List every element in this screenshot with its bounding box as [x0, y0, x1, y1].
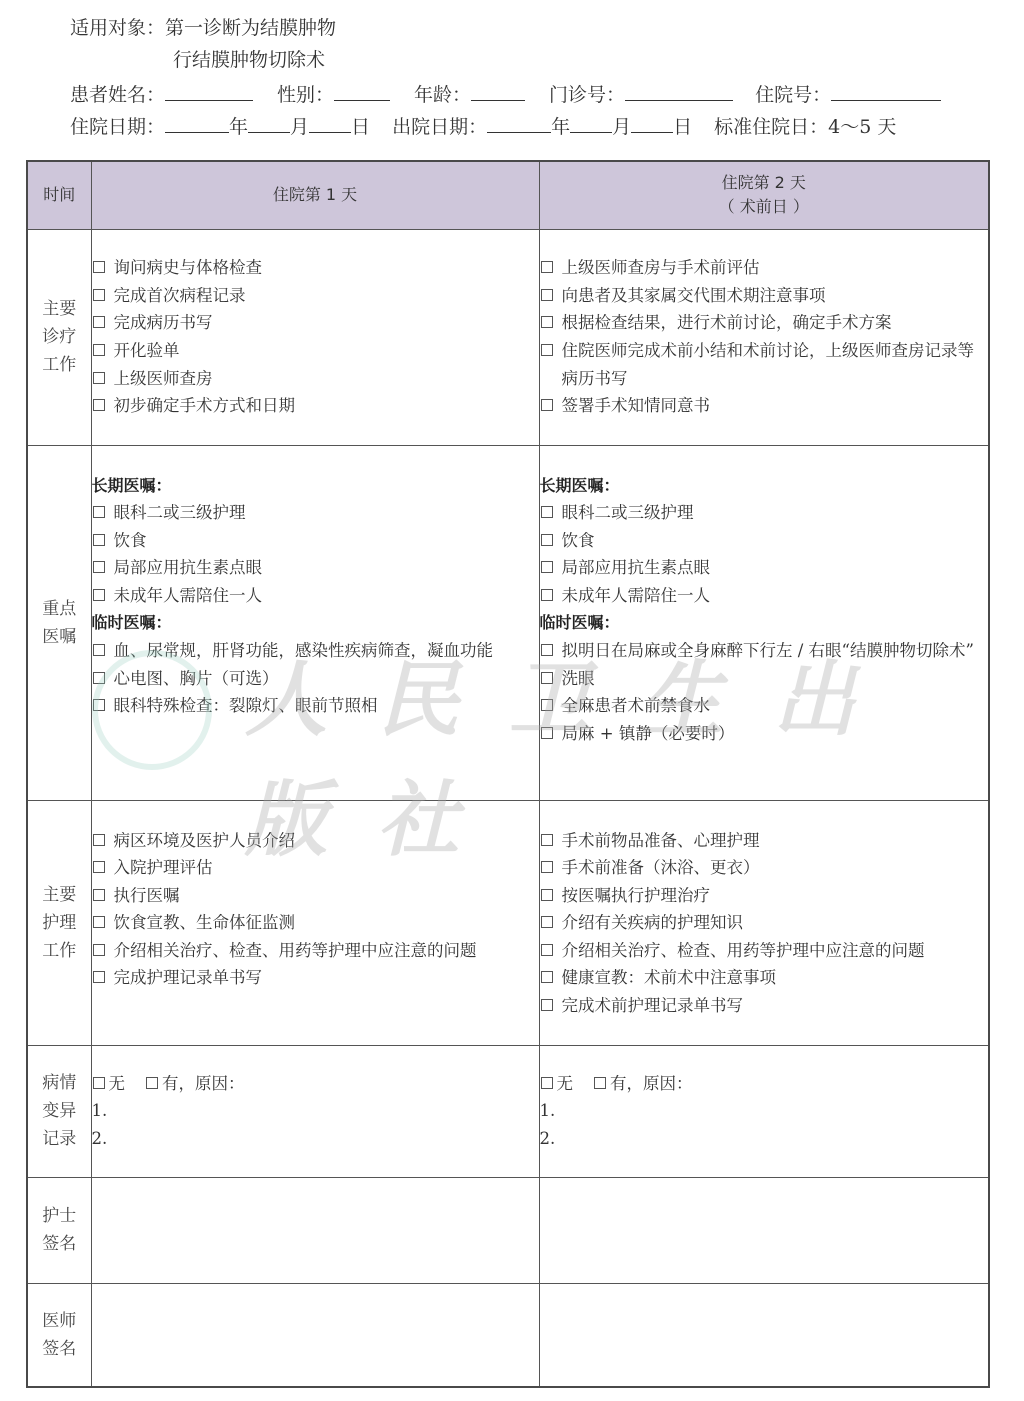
checkbox-yes[interactable] [146, 1077, 158, 1089]
long-term-orders-heading: 长期医嘱： [540, 472, 989, 500]
checklist-item[interactable]: 饮食 [540, 527, 989, 555]
checkbox-none[interactable] [93, 1077, 105, 1089]
checkbox-icon[interactable] [541, 727, 553, 739]
discharge-month-field[interactable] [570, 114, 612, 133]
checkbox-yes[interactable] [594, 1077, 606, 1089]
doctor-signature-day1[interactable] [91, 1283, 539, 1387]
row-label-doctor-signature: 医师签名 [27, 1283, 91, 1387]
nursing-work-day1: 病区环境及医护人员介绍 入院护理评估 执行医嘱 饮食宣教、生命体征监测 介绍相关… [91, 800, 539, 1045]
admission-month-field[interactable] [248, 114, 290, 133]
key-orders-day2: 长期医嘱： 眼科二或三级护理 饮食 局部应用抗生素点眼 未成年人需陪住一人 临时… [539, 445, 989, 800]
year-label: 年 [229, 116, 248, 138]
checkbox-icon[interactable] [541, 861, 553, 873]
checklist-item[interactable]: 介绍相关治疗、检查、用药等护理中应注意的问题 [92, 937, 539, 965]
nurse-signature-day2[interactable] [539, 1177, 989, 1283]
checkbox-icon[interactable] [541, 261, 553, 273]
checkbox-icon[interactable] [93, 506, 105, 518]
diagnosis-work-day2: 上级医师查房与手术前评估 向患者及其家属交代围术期注意事项 根据检查结果，进行术… [539, 229, 989, 445]
month-label: 月 [290, 116, 309, 138]
dates-row: 住院日期：年月日出院日期：年月日标准住院日：4～5 天 [70, 114, 896, 139]
checklist-item[interactable]: 局麻 + 镇静（必要时） [540, 720, 989, 748]
admission-date-label: 住院日期： [70, 116, 165, 138]
checklist-item[interactable]: 向患者及其家属交代围术期注意事项 [540, 282, 989, 310]
checkbox-icon[interactable] [93, 261, 105, 273]
inpatient-no-field[interactable] [831, 82, 941, 101]
gender-field[interactable] [334, 82, 390, 101]
checklist-item[interactable]: 手术前物品准备、心理护理 [540, 827, 989, 855]
checklist-item[interactable]: 按医嘱执行护理治疗 [540, 882, 989, 910]
checkbox-none[interactable] [541, 1077, 553, 1089]
checklist-item[interactable]: 完成病历书写 [92, 309, 539, 337]
clinical-pathway-table: 时间 住院第 1 天 住院第 2 天 （ 术前日 ） 主要诊疗工作 询问病史与体… [26, 160, 990, 1388]
applicable-label: 适用对象： [70, 17, 165, 39]
checkbox-icon[interactable] [541, 589, 553, 601]
checkbox-icon[interactable] [541, 534, 553, 546]
checkbox-icon[interactable] [541, 944, 553, 956]
variation-reason-1[interactable]: 1. [540, 1097, 989, 1125]
standard-stay-value: 4～5 天 [828, 116, 896, 138]
column-header-day1: 住院第 1 天 [91, 161, 539, 229]
checklist-item[interactable]: 完成术前护理记录单书写 [540, 992, 989, 1020]
applicable-diagnosis: 第一诊断为结膜肿物 [165, 17, 336, 39]
applicable-line-2: 行结膜肿物切除术 [173, 48, 325, 72]
inpatient-no-label: 住院号： [755, 84, 831, 106]
row-label-nursing-work: 主要护理工作 [27, 800, 91, 1045]
checklist-item[interactable]: 局部应用抗生素点眼 [92, 554, 539, 582]
variation-day2: 无 有，原因： 1. 2. [539, 1045, 989, 1177]
checkbox-icon[interactable] [93, 316, 105, 328]
month-label: 月 [612, 116, 631, 138]
checkbox-icon[interactable] [93, 889, 105, 901]
checkbox-icon[interactable] [93, 861, 105, 873]
checkbox-icon[interactable] [93, 971, 105, 983]
checkbox-icon[interactable] [541, 644, 553, 656]
checkbox-icon[interactable] [93, 916, 105, 928]
checklist-item[interactable]: 未成年人需陪住一人 [92, 582, 539, 610]
day2-title: 住院第 2 天 [540, 171, 989, 195]
checklist-item[interactable]: 血、尿常规，肝肾功能，感染性疾病筛查，凝血功能 [92, 637, 539, 665]
variation-reason-2[interactable]: 2. [540, 1125, 989, 1153]
patient-info-row: 患者姓名：性别：年龄：门诊号：住院号： [70, 82, 941, 107]
patient-name-field[interactable] [165, 82, 253, 101]
row-diagnosis-work: 主要诊疗工作 询问病史与体格检查 完成首次病程记录 完成病历书写 开化验单 上级… [27, 229, 989, 445]
variation-options: 无 有，原因： [540, 1070, 989, 1098]
checklist-item[interactable]: 上级医师查房与手术前评估 [540, 254, 989, 282]
variation-day1: 无 有，原因： 1. 2. [91, 1045, 539, 1177]
year-label: 年 [551, 116, 570, 138]
checklist-item[interactable]: 洗眼 [540, 665, 989, 693]
doctor-signature-day2[interactable] [539, 1283, 989, 1387]
row-label-nurse-signature: 护士签名 [27, 1177, 91, 1283]
discharge-date-label: 出院日期： [392, 116, 487, 138]
checklist-item[interactable]: 健康宣教：术前术中注意事项 [540, 964, 989, 992]
checkbox-icon[interactable] [541, 834, 553, 846]
checklist-item[interactable]: 介绍有关疾病的护理知识 [540, 909, 989, 937]
nursing-work-day2: 手术前物品准备、心理护理 手术前准备（沐浴、更衣） 按医嘱执行护理治疗 介绍有关… [539, 800, 989, 1045]
checklist-item[interactable]: 饮食 [92, 527, 539, 555]
checkbox-icon[interactable] [93, 344, 105, 356]
checklist-item[interactable]: 眼科二或三级护理 [540, 499, 989, 527]
checkbox-icon[interactable] [541, 316, 553, 328]
checkbox-icon[interactable] [541, 672, 553, 684]
variation-reason-2[interactable]: 2. [92, 1125, 539, 1153]
row-nursing-work: 主要护理工作 病区环境及医护人员介绍 入院护理评估 执行医嘱 饮食宣教、生命体征… [27, 800, 989, 1045]
checklist-item[interactable]: 心电图、胸片（可选） [92, 665, 539, 693]
row-label-key-orders: 重点医嘱 [27, 445, 91, 800]
admission-year-field[interactable] [165, 114, 229, 133]
nurse-signature-day1[interactable] [91, 1177, 539, 1283]
table-header-row: 时间 住院第 1 天 住院第 2 天 （ 术前日 ） [27, 161, 989, 229]
checkbox-icon[interactable] [541, 344, 553, 356]
row-label-variation: 病情变异记录 [27, 1045, 91, 1177]
column-header-time: 时间 [27, 161, 91, 229]
checkbox-icon[interactable] [93, 399, 105, 411]
checkbox-icon[interactable] [93, 834, 105, 846]
checkbox-icon[interactable] [93, 699, 105, 711]
discharge-year-field[interactable] [487, 114, 551, 133]
checklist-item[interactable]: 初步确定手术方式和日期 [92, 392, 539, 420]
checklist-item[interactable]: 完成首次病程记录 [92, 282, 539, 310]
column-header-day2: 住院第 2 天 （ 术前日 ） [539, 161, 989, 229]
checkbox-icon[interactable] [93, 534, 105, 546]
age-field[interactable] [471, 82, 525, 101]
applicable-line-1: 适用对象：第一诊断为结膜肿物 [70, 16, 336, 40]
checklist-item[interactable]: 执行医嘱 [92, 882, 539, 910]
checkbox-icon[interactable] [93, 372, 105, 384]
checklist-item[interactable]: 病区环境及医护人员介绍 [92, 827, 539, 855]
checklist-item[interactable]: 入院护理评估 [92, 854, 539, 882]
row-key-orders: 重点医嘱 长期医嘱： 眼科二或三级护理 饮食 局部应用抗生素点眼 未成年人需陪住… [27, 445, 989, 800]
checkbox-icon[interactable] [541, 889, 553, 901]
checklist-item[interactable]: 住院医师完成术前小结和术前讨论，上级医师查房记录等病历书写 [540, 337, 989, 392]
checkbox-icon[interactable] [93, 672, 105, 684]
key-orders-day1: 长期医嘱： 眼科二或三级护理 饮食 局部应用抗生素点眼 未成年人需陪住一人 临时… [91, 445, 539, 800]
outpatient-no-label: 门诊号： [549, 84, 625, 106]
long-term-orders-heading: 长期医嘱： [92, 472, 539, 500]
checkbox-icon[interactable] [541, 289, 553, 301]
checklist-item[interactable]: 上级医师查房 [92, 365, 539, 393]
discharge-day-field[interactable] [631, 114, 673, 133]
checklist-item[interactable]: 拟明日在局麻或全身麻醉下行左 / 右眼“结膜肿物切除术” [540, 637, 989, 665]
applicable-procedure: 行结膜肿物切除术 [173, 49, 325, 71]
checkbox-icon[interactable] [93, 644, 105, 656]
checklist-item[interactable]: 介绍相关治疗、检查、用药等护理中应注意的问题 [540, 937, 989, 965]
checklist-item[interactable]: 签署手术知情同意书 [540, 392, 989, 420]
patient-name-label: 患者姓名： [70, 84, 165, 106]
checkbox-icon[interactable] [541, 399, 553, 411]
variation-options: 无 有，原因： [92, 1070, 539, 1098]
checkbox-icon[interactable] [93, 589, 105, 601]
checkbox-icon[interactable] [541, 916, 553, 928]
checklist-item[interactable]: 完成护理记录单书写 [92, 964, 539, 992]
checklist-item[interactable]: 询问病史与体格检查 [92, 254, 539, 282]
checkbox-icon[interactable] [93, 561, 105, 573]
checkbox-icon[interactable] [541, 699, 553, 711]
day-label: 日 [673, 116, 692, 138]
row-nurse-signature: 护士签名 [27, 1177, 989, 1283]
diagnosis-work-day1: 询问病史与体格检查 完成首次病程记录 完成病历书写 开化验单 上级医师查房 初步… [91, 229, 539, 445]
checkbox-icon[interactable] [541, 999, 553, 1011]
temporary-orders-heading: 临时医嘱： [540, 609, 989, 637]
temporary-orders-heading: 临时医嘱： [92, 609, 539, 637]
age-label: 年龄： [414, 84, 471, 106]
checkbox-icon[interactable] [93, 289, 105, 301]
checklist-item[interactable]: 手术前准备（沐浴、更衣） [540, 854, 989, 882]
checklist-item[interactable]: 全麻患者术前禁食水 [540, 692, 989, 720]
day2-subtitle: （ 术前日 ） [540, 195, 989, 219]
checklist-item[interactable]: 局部应用抗生素点眼 [540, 554, 989, 582]
checkbox-icon[interactable] [541, 506, 553, 518]
admission-day-field[interactable] [309, 114, 351, 133]
checkbox-icon[interactable] [93, 944, 105, 956]
checklist-item[interactable]: 眼科二或三级护理 [92, 499, 539, 527]
checklist-item[interactable]: 眼科特殊检查：裂隙灯、眼前节照相 [92, 692, 539, 720]
standard-stay-label: 标准住院日： [714, 116, 828, 138]
outpatient-no-field[interactable] [625, 82, 733, 101]
checklist-item[interactable]: 饮食宣教、生命体征监测 [92, 909, 539, 937]
checkbox-icon[interactable] [541, 971, 553, 983]
checklist-item[interactable]: 开化验单 [92, 337, 539, 365]
checklist-item[interactable]: 未成年人需陪住一人 [540, 582, 989, 610]
day-label: 日 [351, 116, 370, 138]
checkbox-icon[interactable] [541, 561, 553, 573]
row-variation-record: 病情变异记录 无 有，原因： 1. 2. 无 有，原因： 1. 2. [27, 1045, 989, 1177]
row-label-diagnosis-work: 主要诊疗工作 [27, 229, 91, 445]
row-doctor-signature: 医师签名 [27, 1283, 989, 1387]
variation-reason-1[interactable]: 1. [92, 1097, 539, 1125]
gender-label: 性别： [277, 84, 334, 106]
checklist-item[interactable]: 根据检查结果，进行术前讨论，确定手术方案 [540, 309, 989, 337]
